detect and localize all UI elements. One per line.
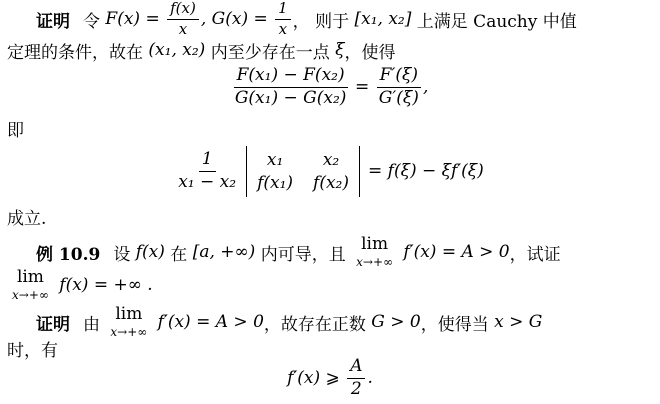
limit-word: lim: [115, 306, 142, 323]
text-run: 即: [7, 116, 24, 141]
text-run: ， 则于: [293, 7, 355, 32]
document-page: { "doc": { "p1": { "kw": "证明", "seg1": "…: [0, 0, 660, 404]
proof1-line2: 定理的条件，故在 (x₁, x₂) 内至少存在一点 ξ ，使得: [7, 38, 395, 62]
text-run: 在: [165, 240, 193, 265]
fraction-numerator: 1: [275, 0, 291, 19]
math-run: ,: [201, 9, 212, 29]
limit-word: lim: [361, 236, 388, 253]
determinant-column: x₂ f(x₂): [313, 150, 349, 193]
limit-operator: lim x→+∞: [356, 236, 393, 268]
fraction-denominator: x₁ − x₂: [178, 172, 236, 193]
fraction-A-over-2: A 2: [347, 357, 365, 399]
example-keyword: 例 10.9: [36, 240, 100, 265]
text-run: ，使得: [344, 38, 395, 63]
math-run: f′(x) = A > 0: [398, 242, 510, 262]
math-run: f(x) = +∞ .: [54, 275, 153, 295]
determinant-column: x₁ f(x₁): [257, 150, 293, 193]
proof1-line1: 证明 令 F(x) = f(x) x , G(x) = 1 x ， 则于 [x₁…: [36, 0, 577, 38]
fraction-numerator: F′(ξ): [377, 66, 421, 88]
text-run: 设: [113, 240, 135, 265]
fraction-one-over-x1-minus-x2: 1 x₁ − x₂: [178, 150, 236, 192]
fraction-denominator: G′(ξ): [379, 88, 419, 109]
formula-lhs: f′(x) ⩾: [287, 368, 345, 388]
formula-rhs: = f(ξ) − ξf′(ξ): [368, 161, 484, 181]
trailing-comma: ,: [423, 77, 428, 97]
text-run: 令: [83, 7, 105, 32]
text-run: ，使得当: [421, 310, 494, 335]
trailing-period: .: [367, 368, 372, 388]
fraction-F-prime-over-G-prime: F′(ξ) G′(ξ): [377, 66, 421, 108]
limit-operator: lim x→+∞: [12, 269, 49, 301]
fraction-numerator: A: [347, 357, 365, 379]
conclusion-chengli: 成立.: [7, 204, 46, 228]
proof2-line1: 证明 由 lim x→+∞ f′(x) = A > 0 ，故存在正数 G > 0…: [36, 302, 542, 342]
matrix-entry: x₁: [267, 150, 283, 170]
text-run: ，故存在正数: [264, 310, 371, 335]
text-run: 上满足 Cauchy 中值: [411, 7, 576, 32]
math-run: F(x) =: [105, 9, 165, 29]
determinant: x₁ f(x₁) x₂ f(x₂): [246, 146, 360, 197]
matrix-entry: f(x₂): [313, 173, 349, 193]
fraction-numerator: F(x₁) − F(x₂): [234, 66, 348, 88]
math-run: G(x) =: [212, 9, 273, 29]
fraction-numerator: 1: [199, 150, 216, 172]
connector-ji: 即: [7, 116, 24, 140]
math-run: [a, +∞): [193, 242, 256, 262]
math-run: [x₁, x₂]: [354, 9, 411, 29]
display-formula-determinant: 1 x₁ − x₂ x₁ f(x₁) x₂ f(x₂) = f(ξ) − ξf′…: [0, 140, 660, 202]
example-line2: lim x→+∞ f(x) = +∞ .: [7, 266, 153, 304]
matrix-entry: x₂: [323, 150, 339, 170]
text-run: 内至少存在一点: [205, 38, 335, 63]
limit-subscript: x→+∞: [110, 326, 147, 338]
math-run: f(x): [136, 242, 165, 262]
fraction-fx-over-x: f(x) x: [167, 0, 199, 38]
limit-subscript: x→+∞: [356, 256, 393, 268]
text-run: ，试证: [510, 240, 561, 265]
display-formula-fprime-bound: f′(x) ⩾ A 2 .: [0, 354, 660, 402]
math-run: f′(x) = A > 0: [152, 312, 264, 332]
equals-sign: =: [350, 77, 375, 97]
proof-keyword: 证明: [36, 7, 70, 32]
matrix-entry: f(x₁): [257, 173, 293, 193]
text-run: 成立.: [7, 204, 46, 229]
fraction-denominator: G(x₁) − G(x₂): [235, 88, 347, 109]
text-run: 定理的条件，故在: [7, 38, 148, 63]
fraction-numerator: f(x): [167, 0, 199, 19]
math-run: ξ: [335, 40, 344, 60]
text-run: 内可导，且: [255, 240, 351, 265]
fraction-one-over-x: 1 x: [275, 0, 291, 38]
fraction-denominator: x: [179, 20, 187, 38]
proof-keyword: 证明: [36, 310, 70, 335]
limit-subscript: x→+∞: [12, 289, 49, 301]
limit-operator: lim x→+∞: [110, 306, 147, 338]
math-run: x > G: [494, 312, 542, 332]
display-formula-cauchy: F(x₁) − F(x₂) G(x₁) − G(x₂) = F′(ξ) G′(ξ…: [0, 62, 660, 112]
fraction-F-difference: F(x₁) − F(x₂) G(x₁) − G(x₂): [234, 66, 348, 108]
math-run: (x₁, x₂): [148, 40, 205, 60]
text-run: 由: [83, 310, 105, 335]
fraction-denominator: 2: [351, 379, 362, 400]
math-run: G > 0: [371, 312, 420, 332]
fraction-denominator: x: [279, 20, 287, 38]
limit-word: lim: [17, 269, 44, 286]
